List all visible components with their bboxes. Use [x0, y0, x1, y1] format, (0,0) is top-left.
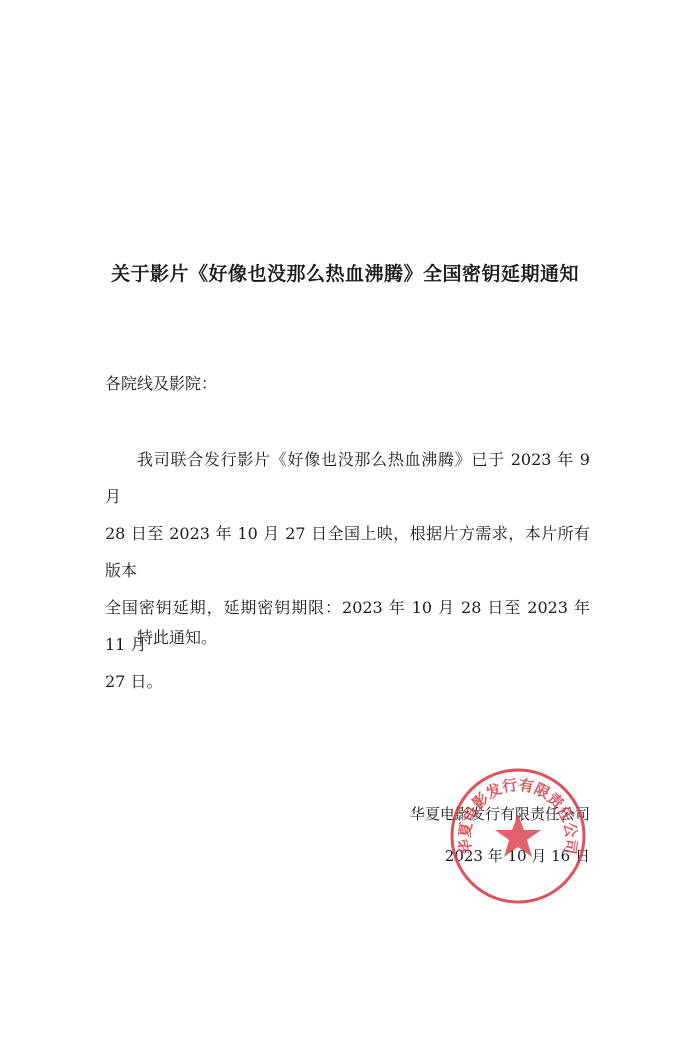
salutation: 各院线及影院：	[105, 371, 217, 394]
star-icon	[495, 814, 541, 857]
body-line-4: 27 日。	[105, 663, 590, 700]
body-line-2: 28 日至 2023 年 10 月 27 日全国上映，根据片方需求，本片所有版本	[105, 515, 590, 589]
closing-text: 特此通知。	[137, 625, 217, 648]
company-seal: 华夏电影发行有限责任公司	[448, 766, 588, 906]
body-paragraph: 我司联合发行影片《好像也没那么热血沸腾》已于 2023 年 9 月 28 日至 …	[105, 441, 590, 700]
document-title: 关于影片《好像也没那么热血沸腾》全国密钥延期通知	[0, 259, 690, 286]
body-line-1: 我司联合发行影片《好像也没那么热血沸腾》已于 2023 年 9 月	[105, 441, 590, 515]
